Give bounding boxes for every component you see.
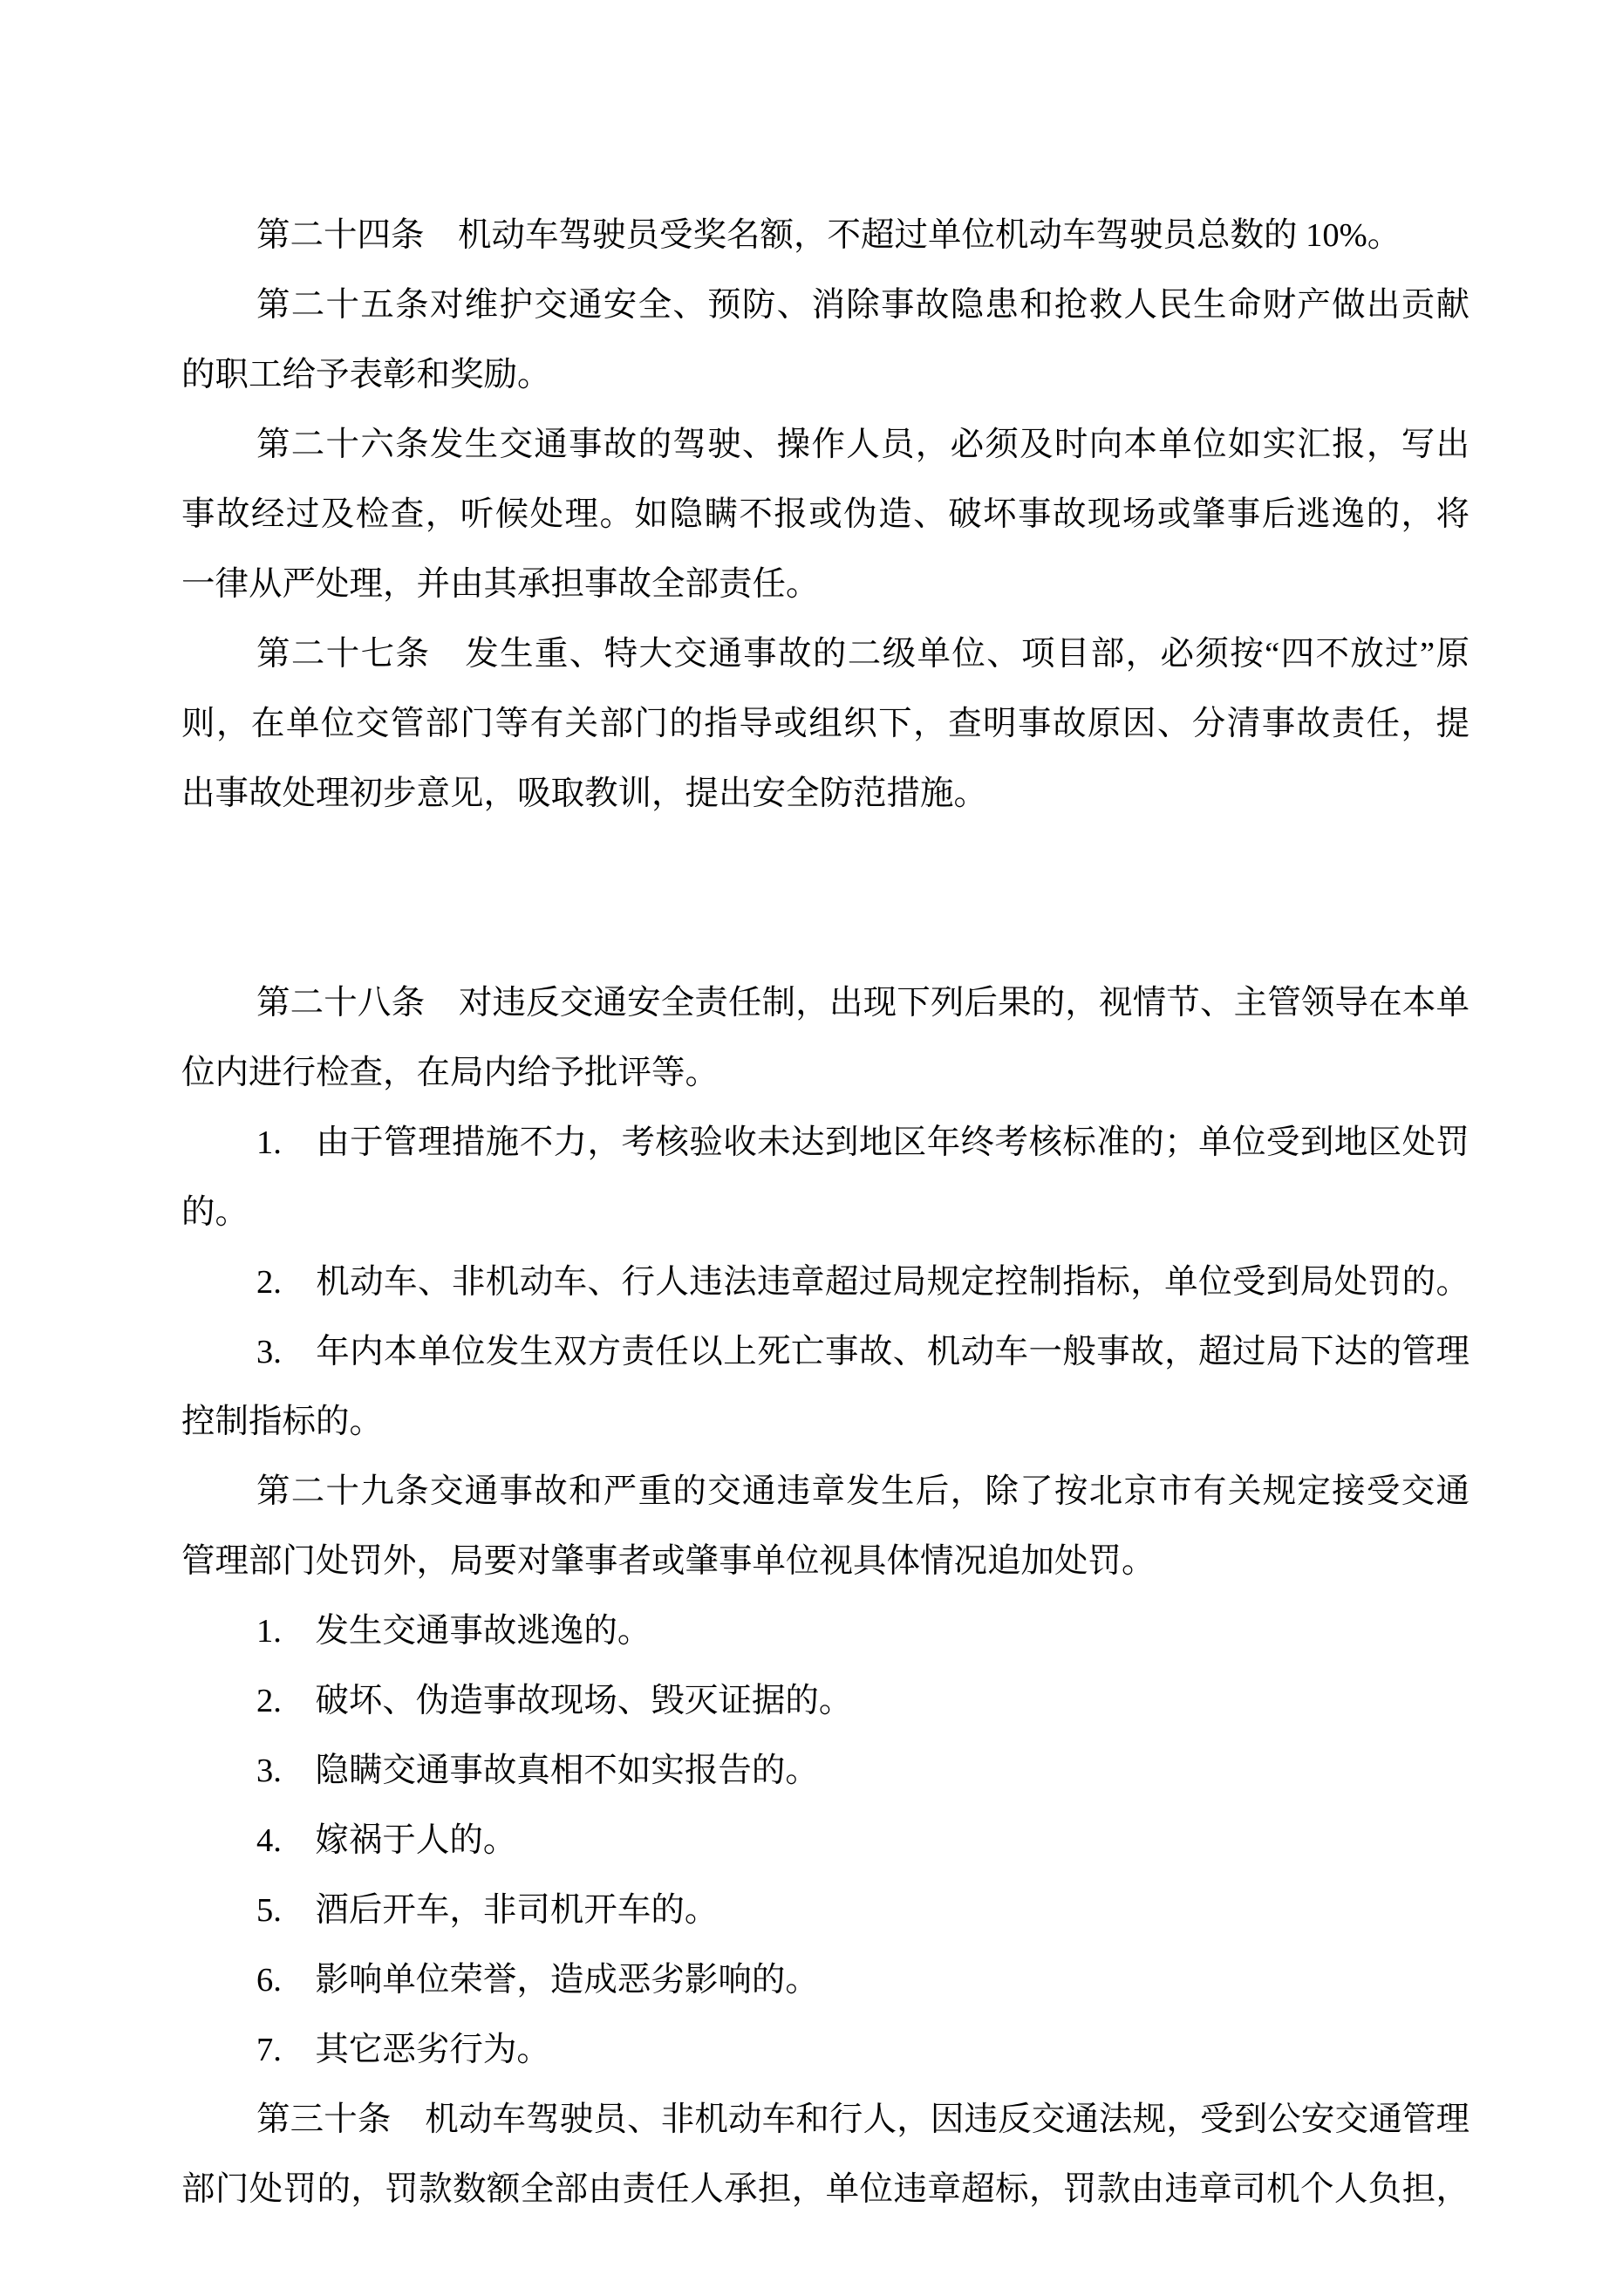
document-page: 第二十四条 机动车驾驶员受奖名额，不超过单位机动车驾驶员总数的 10%。第二十五… [0,0,1623,2296]
text-line: 的职工给予表彰和奖励。 [181,340,1470,410]
text-line: 部门处罚的，罚款数额全部由责任人承担，单位违章超标，罚款由违章司机个人负担， [181,2155,1470,2224]
document-body: 第二十四条 机动车驾驶员受奖名额，不超过单位机动车驾驶员总数的 10%。第二十五… [181,201,1470,2224]
text-line: 第二十九条交通事故和严重的交通违章发生后，除了按北京市有关规定接受交通 [181,1457,1470,1527]
text-line: 5. 酒后开车，非司机开车的。 [181,1876,1470,1945]
text-line: 第二十五条对维护交通安全、预防、消除事故隐患和抢救人民生命财产做出贡献 [181,270,1470,340]
text-line: 一律从严处理，并由其承担事故全部责任。 [181,550,1470,619]
text-line: 控制指标的。 [181,1387,1470,1457]
text-line: 3. 年内本单位发生双方责任以上死亡事故、机动车一般事故，超过局下达的管理 [181,1317,1470,1387]
text-line: 6. 影响单位荣誉，造成恶劣影响的。 [181,1945,1470,2015]
text-line: 第二十七条 发生重、特大交通事故的二级单位、项目部，必须按“四不放过”原 [181,619,1470,689]
text-line: 出事故处理初步意见，吸取教训，提出安全防范措施。 [181,759,1470,829]
text-line: 1. 发生交通事故逃逸的。 [181,1596,1470,1666]
text-line: 第三十条 机动车驾驶员、非机动车和行人，因违反交通法规，受到公安交通管理 [181,2085,1470,2155]
text-line: 的。 [181,1178,1470,1247]
text-line: 第二十六条发生交通事故的驾驶、操作人员，必须及时向本单位如实汇报，写出 [181,410,1470,480]
text-line: 3. 隐瞒交通事故真相不如实报告的。 [181,1736,1470,1806]
text-line: 位内进行检查，在局内给予批评等。 [181,1038,1470,1108]
text-line: 事故经过及检查，听候处理。如隐瞒不报或伪造、破坏事故现场或肇事后逃逸的，将 [181,480,1470,550]
text-line: 1. 由于管理措施不力，考核验收未达到地区年终考核标准的；单位受到地区处罚 [181,1108,1470,1178]
text-line: 管理部门处罚外，局要对肇事者或肇事单位视具体情况追加处罚。 [181,1527,1470,1596]
text-line: 4. 嫁祸于人的。 [181,1806,1470,1876]
text-line: 则，在单位交管部门等有关部门的指导或组织下，查明事故原因、分清事故责任，提 [181,689,1470,759]
text-line: 2. 破坏、伪造事故现场、毁灭证据的。 [181,1666,1470,1736]
text-line: 7. 其它恶劣行为。 [181,2015,1470,2085]
text-line: 2. 机动车、非机动车、行人违法违章超过局规定控制指标，单位受到局处罚的。 [181,1247,1470,1317]
text-line: 第二十八条 对违反交通安全责任制，出现下列后果的，视情节、主管领导在本单 [181,968,1470,1038]
text-line: 第二十四条 机动车驾驶员受奖名额，不超过单位机动车驾驶员总数的 10%。 [181,201,1470,270]
